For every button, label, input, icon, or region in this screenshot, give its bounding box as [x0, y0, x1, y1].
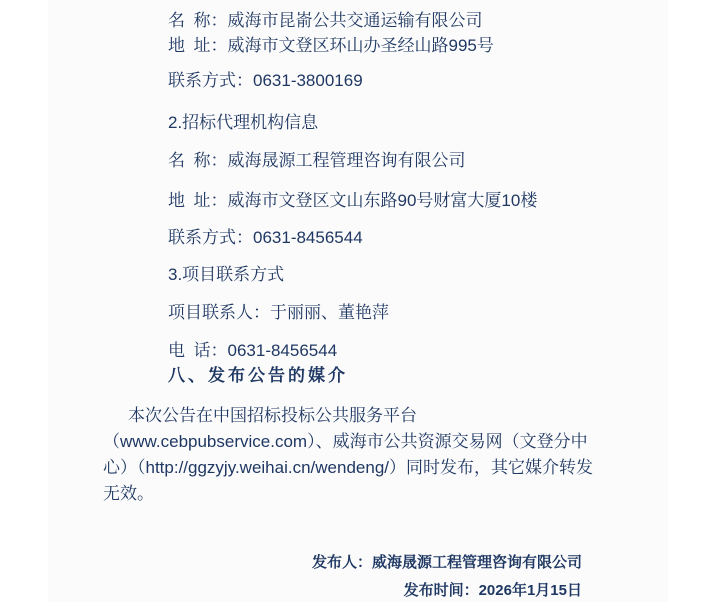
- publisher-line: 发布人：威海晟源工程管理咨询有限公司: [48, 550, 668, 575]
- media-paragraph: 本次公告在中国招标投标公共服务平台 （www.cebpubservice.com…: [48, 403, 668, 507]
- agency-contact-line: 联系方式：0631-8456544: [48, 225, 668, 250]
- tenderer-address-line: 地 址：威海市文登区环山办圣经山路995号: [48, 33, 668, 58]
- media-section-heading: 八、发布公告的媒介: [48, 363, 668, 388]
- media-paragraph-line: （www.cebpubservice.com）、威海市公共资源交易网（文登分中: [103, 429, 668, 455]
- agency-name-line: 名 称：威海晟源工程管理咨询有限公司: [48, 148, 668, 173]
- media-paragraph-line: 无效。: [103, 481, 668, 507]
- project-contact-person-line: 项目联系人：于丽丽、董艳萍: [48, 300, 668, 325]
- media-paragraph-line: 本次公告在中国招标投标公共服务平台: [103, 403, 668, 429]
- agency-address-line: 地 址：威海市文登区文山东路90号财富大厦10楼: [48, 188, 668, 213]
- media-paragraph-line: 心）（http://ggzyjy.weihai.cn/wendeng/）同时发布…: [103, 455, 668, 481]
- document-page: 名 称：威海市昆嵛公共交通运输有限公司 地 址：威海市文登区环山办圣经山路995…: [48, 0, 668, 602]
- project-contact-heading: 3.项目联系方式: [48, 262, 668, 287]
- tenderer-contact-line: 联系方式：0631-3800169: [48, 68, 668, 93]
- project-phone-line: 电 话：0631-8456544: [48, 338, 668, 363]
- publish-date-line: 发布时间：2026年1月15日: [48, 578, 668, 602]
- tenderer-name-line: 名 称：威海市昆嵛公共交通运输有限公司: [48, 8, 668, 33]
- agency-section-heading: 2.招标代理机构信息: [48, 110, 668, 135]
